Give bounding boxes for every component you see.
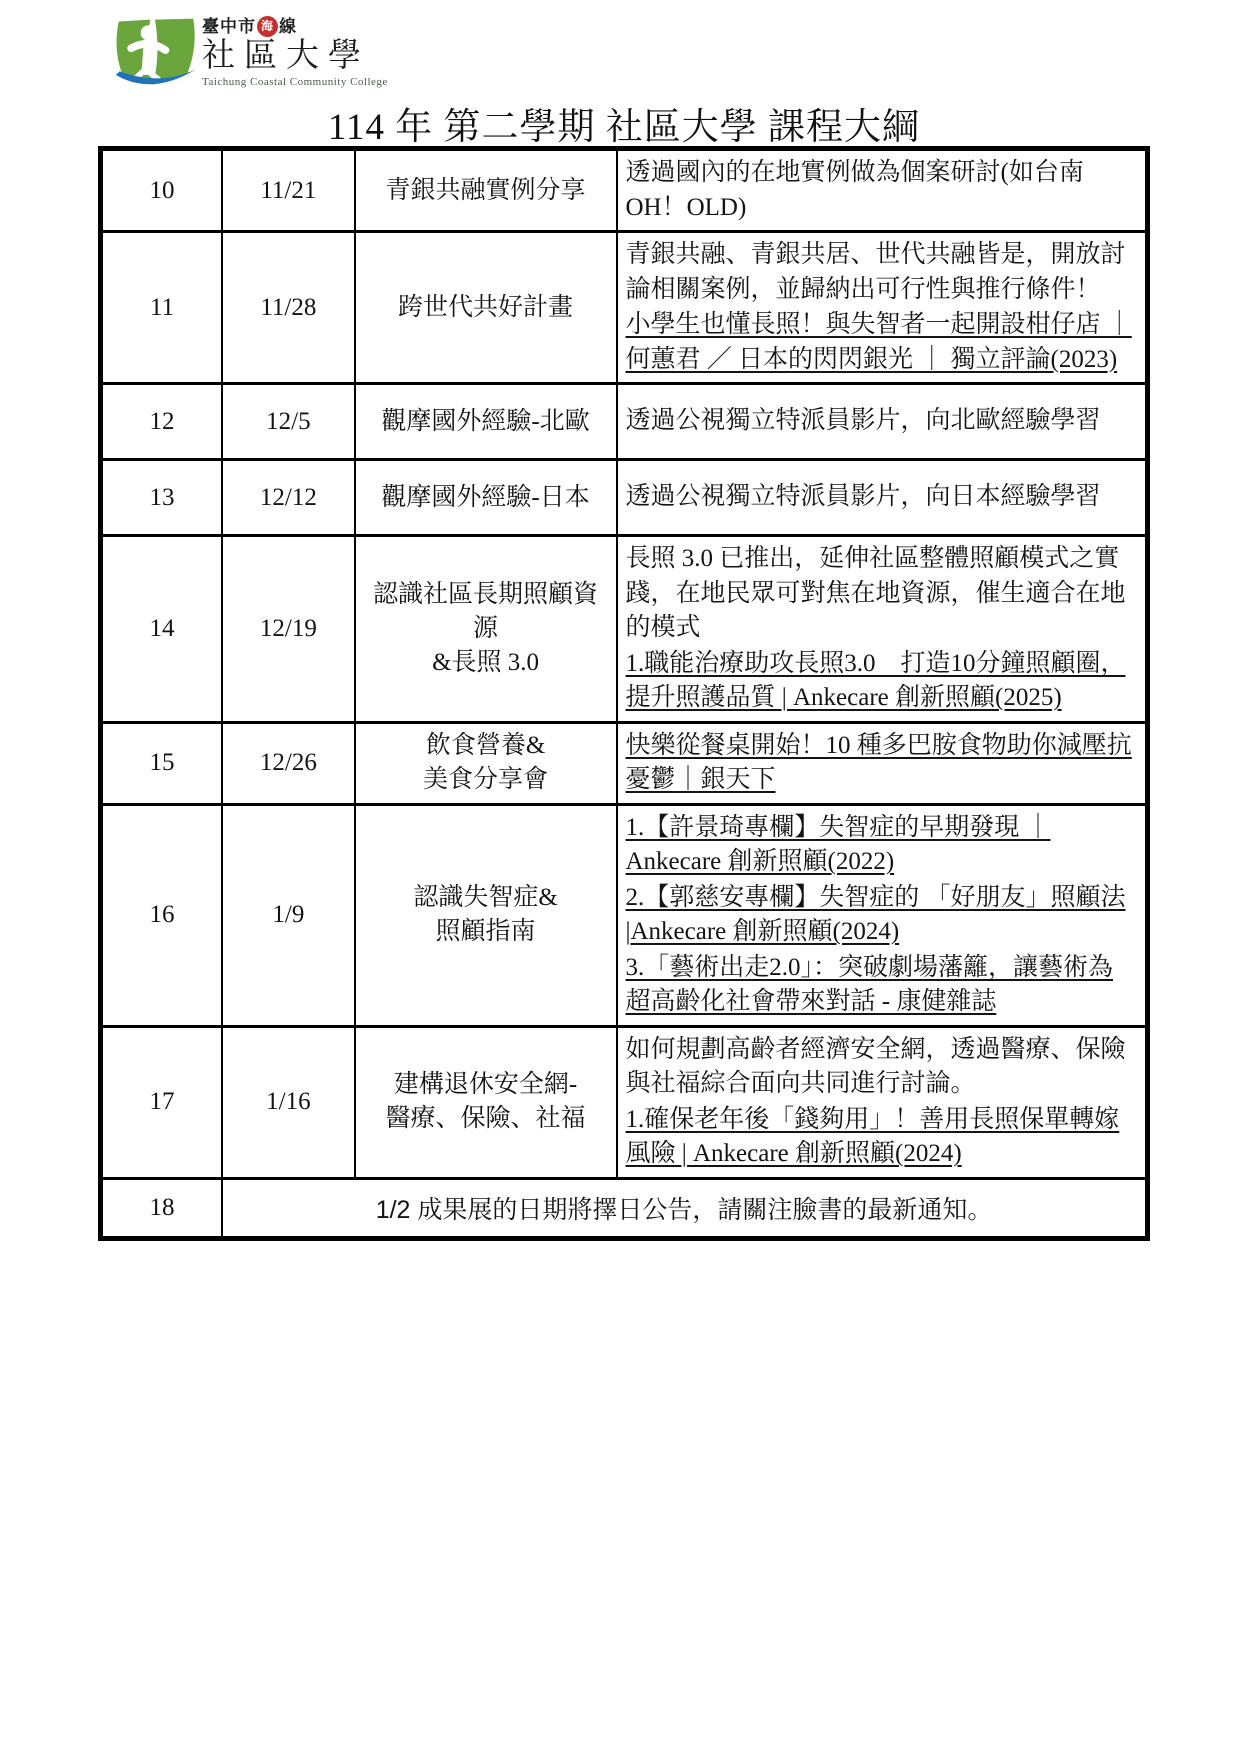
week-cell: 13	[101, 460, 223, 536]
logo-college-name: 社區大學	[202, 40, 388, 73]
date-cell: 12/26	[222, 722, 355, 804]
logo-city-label: 臺中市	[202, 18, 256, 35]
table-row: 14 12/19 認識社區長期照顧資源&長照 3.0 長照 3.0 已推出，延伸…	[101, 536, 1148, 723]
topic-line: 美食分享會	[362, 763, 610, 797]
document-page: 臺中市海線 社區大學 Taichung Coastal Community Co…	[0, 0, 1241, 1754]
date-cell: 1/9	[222, 804, 355, 1026]
description-text: 如何規劃高齡者經濟安全網，透過醫療、保險與社福綜合面向共同進行討論。	[626, 1033, 1138, 1102]
table-row: 10 11/21 青銀共融實例分享 透過國內的在地實例做為個案研討(如台南OH！…	[101, 149, 1148, 232]
logo-region-line: 臺中市海線	[202, 16, 388, 37]
page-title: 114 年 第二學期 社區大學 課程大綱	[98, 96, 1150, 150]
week-cell: 16	[101, 804, 223, 1026]
week-cell: 18	[101, 1178, 223, 1238]
book-person-logo-icon	[112, 12, 198, 96]
description-text: 青銀共融、青銀共居、世代共融皆是，開放討論相關案例，並歸納出可行性與推行條件！	[626, 238, 1138, 307]
linked-reference[interactable]: 小學生也懂長照！與失智者一起開設柑仔店 ｜何蕙君 ／ 日本的閃閃銀光 ｜ 獨立評…	[626, 308, 1138, 377]
week-cell: 11	[101, 232, 223, 384]
linked-reference[interactable]: 1.職能治療助攻長照3.0 打造10分鐘照顧圈，提升照護品質 | Ankecar…	[626, 647, 1138, 716]
linked-reference[interactable]: 3.「藝術出走2.0」：突破劇場藩籬，讓藝術為超高齡化社會帶來對話 - 康健雜誌	[626, 951, 1138, 1020]
description-cell: 透過國內的在地實例做為個案研討(如台南OH！OLD)	[617, 149, 1148, 232]
topic-line: 認識失智症&	[362, 881, 610, 915]
description-cell: 快樂從餐桌開始！10 種多巴胺食物助你減壓抗憂鬱｜銀天下	[617, 722, 1148, 804]
date-cell: 12/12	[222, 460, 355, 536]
description-cell: 如何規劃高齡者經濟安全網，透過醫療、保險與社福綜合面向共同進行討論。1.確保老年…	[617, 1026, 1148, 1178]
topic-line: 青銀共融實例分享	[362, 174, 610, 208]
topic-line: 飲食營養&	[362, 729, 610, 763]
course-outline-table: 10 11/21 青銀共融實例分享 透過國內的在地實例做為個案研討(如台南OH！…	[98, 146, 1150, 1241]
table-row: 16 1/9 認識失智症&照顧指南 1.【許景琦專欄】失智症的早期發現 ｜ An…	[101, 804, 1148, 1026]
topic-line: 醫療、保險、社福	[362, 1102, 610, 1136]
college-logo-text: 臺中市海線 社區大學 Taichung Coastal Community Co…	[202, 16, 388, 88]
description-cell: 長照 3.0 已推出，延伸社區整體照顧模式之實踐，在地民眾可對焦在地資源，催生適…	[617, 536, 1148, 723]
week-cell: 15	[101, 722, 223, 804]
description-text: 長照 3.0 已推出，延伸社區整體照顧模式之實踐，在地民眾可對焦在地資源，催生適…	[626, 542, 1138, 646]
sea-seal-icon: 海	[257, 16, 278, 37]
description-cell: 透過公視獨立特派員影片，向日本經驗學習	[617, 460, 1148, 536]
final-row-body: 18 1/2 成果展的日期將擇日公告，請關注臉書的最新通知。	[101, 1178, 1148, 1238]
topic-line: &長照 3.0	[362, 646, 610, 680]
table-row: 11 11/28 跨世代共好計畫 青銀共融、青銀共居、世代共融皆是，開放討論相關…	[101, 232, 1148, 384]
table-row: 13 12/12 觀摩國外經驗-日本 透過公視獨立特派員影片，向日本經驗學習	[101, 460, 1148, 536]
date-cell: 12/5	[222, 384, 355, 460]
linked-reference[interactable]: 1.【許景琦專欄】失智症的早期發現 ｜ Ankecare 創新照顧(2022)	[626, 811, 1138, 880]
table-row: 12 12/5 觀摩國外經驗-北歐 透過公視獨立特派員影片，向北歐經驗學習	[101, 384, 1148, 460]
logo-line-label: 線	[279, 18, 297, 35]
topic-cell: 觀摩國外經驗-北歐	[355, 384, 617, 460]
week-cell: 17	[101, 1026, 223, 1178]
course-rows: 10 11/21 青銀共融實例分享 透過國內的在地實例做為個案研討(如台南OH！…	[101, 149, 1148, 1179]
description-text: 透過公視獨立特派員影片，向日本經驗學習	[626, 480, 1138, 515]
description-text: 透過公視獨立特派員影片，向北歐經驗學習	[626, 404, 1138, 439]
topic-cell: 飲食營養&美食分享會	[355, 722, 617, 804]
topic-line: 觀摩國外經驗-北歐	[362, 405, 610, 439]
college-logo: 臺中市海線 社區大學 Taichung Coastal Community Co…	[112, 12, 388, 96]
week-cell: 12	[101, 384, 223, 460]
topic-cell: 認識失智症&照顧指南	[355, 804, 617, 1026]
table-row: 17 1/16 建構退休安全網-醫療、保險、社福 如何規劃高齡者經濟安全網，透過…	[101, 1026, 1148, 1178]
table-row-final: 18 1/2 成果展的日期將擇日公告，請關注臉書的最新通知。	[101, 1178, 1148, 1238]
week-cell: 14	[101, 536, 223, 723]
topic-cell: 觀摩國外經驗-日本	[355, 460, 617, 536]
date-cell: 12/19	[222, 536, 355, 723]
linked-reference[interactable]: 快樂從餐桌開始！10 種多巴胺食物助你減壓抗憂鬱｜銀天下	[626, 729, 1138, 798]
week-cell: 10	[101, 149, 223, 232]
topic-cell: 跨世代共好計畫	[355, 232, 617, 384]
date-cell: 11/28	[222, 232, 355, 384]
topic-cell: 青銀共融實例分享	[355, 149, 617, 232]
topic-cell: 認識社區長期照顧資源&長照 3.0	[355, 536, 617, 723]
topic-cell: 建構退休安全網-醫療、保險、社福	[355, 1026, 617, 1178]
logo-english-name: Taichung Coastal Community College	[202, 77, 388, 88]
linked-reference[interactable]: 1.確保老年後「錢夠用」！善用長照保單轉嫁風險 | Ankecare 創新照顧(…	[626, 1103, 1138, 1172]
date-cell: 11/21	[222, 149, 355, 232]
topic-line: 觀摩國外經驗-日本	[362, 481, 610, 515]
topic-line: 跨世代共好計畫	[362, 291, 610, 325]
description-text: 透過國內的在地實例做為個案研討(如台南OH！OLD)	[626, 156, 1138, 225]
linked-reference[interactable]: 2.【郭慈安專欄】失智症的 「好朋友」照顧法 |Ankecare 創新照顧(20…	[626, 881, 1138, 950]
topic-line: 建構退休安全網-	[362, 1068, 610, 1102]
description-cell: 透過公視獨立特派員影片，向北歐經驗學習	[617, 384, 1148, 460]
final-note-cell: 1/2 成果展的日期將擇日公告，請關注臉書的最新通知。	[222, 1178, 1147, 1238]
description-cell: 1.【許景琦專欄】失智症的早期發現 ｜ Ankecare 創新照顧(2022)2…	[617, 804, 1148, 1026]
date-cell: 1/16	[222, 1026, 355, 1178]
description-cell: 青銀共融、青銀共居、世代共融皆是，開放討論相關案例，並歸納出可行性與推行條件！小…	[617, 232, 1148, 384]
table-row: 15 12/26 飲食營養&美食分享會 快樂從餐桌開始！10 種多巴胺食物助你減…	[101, 722, 1148, 804]
topic-line: 認識社區長期照顧資源	[362, 578, 610, 646]
topic-line: 照顧指南	[362, 915, 610, 949]
